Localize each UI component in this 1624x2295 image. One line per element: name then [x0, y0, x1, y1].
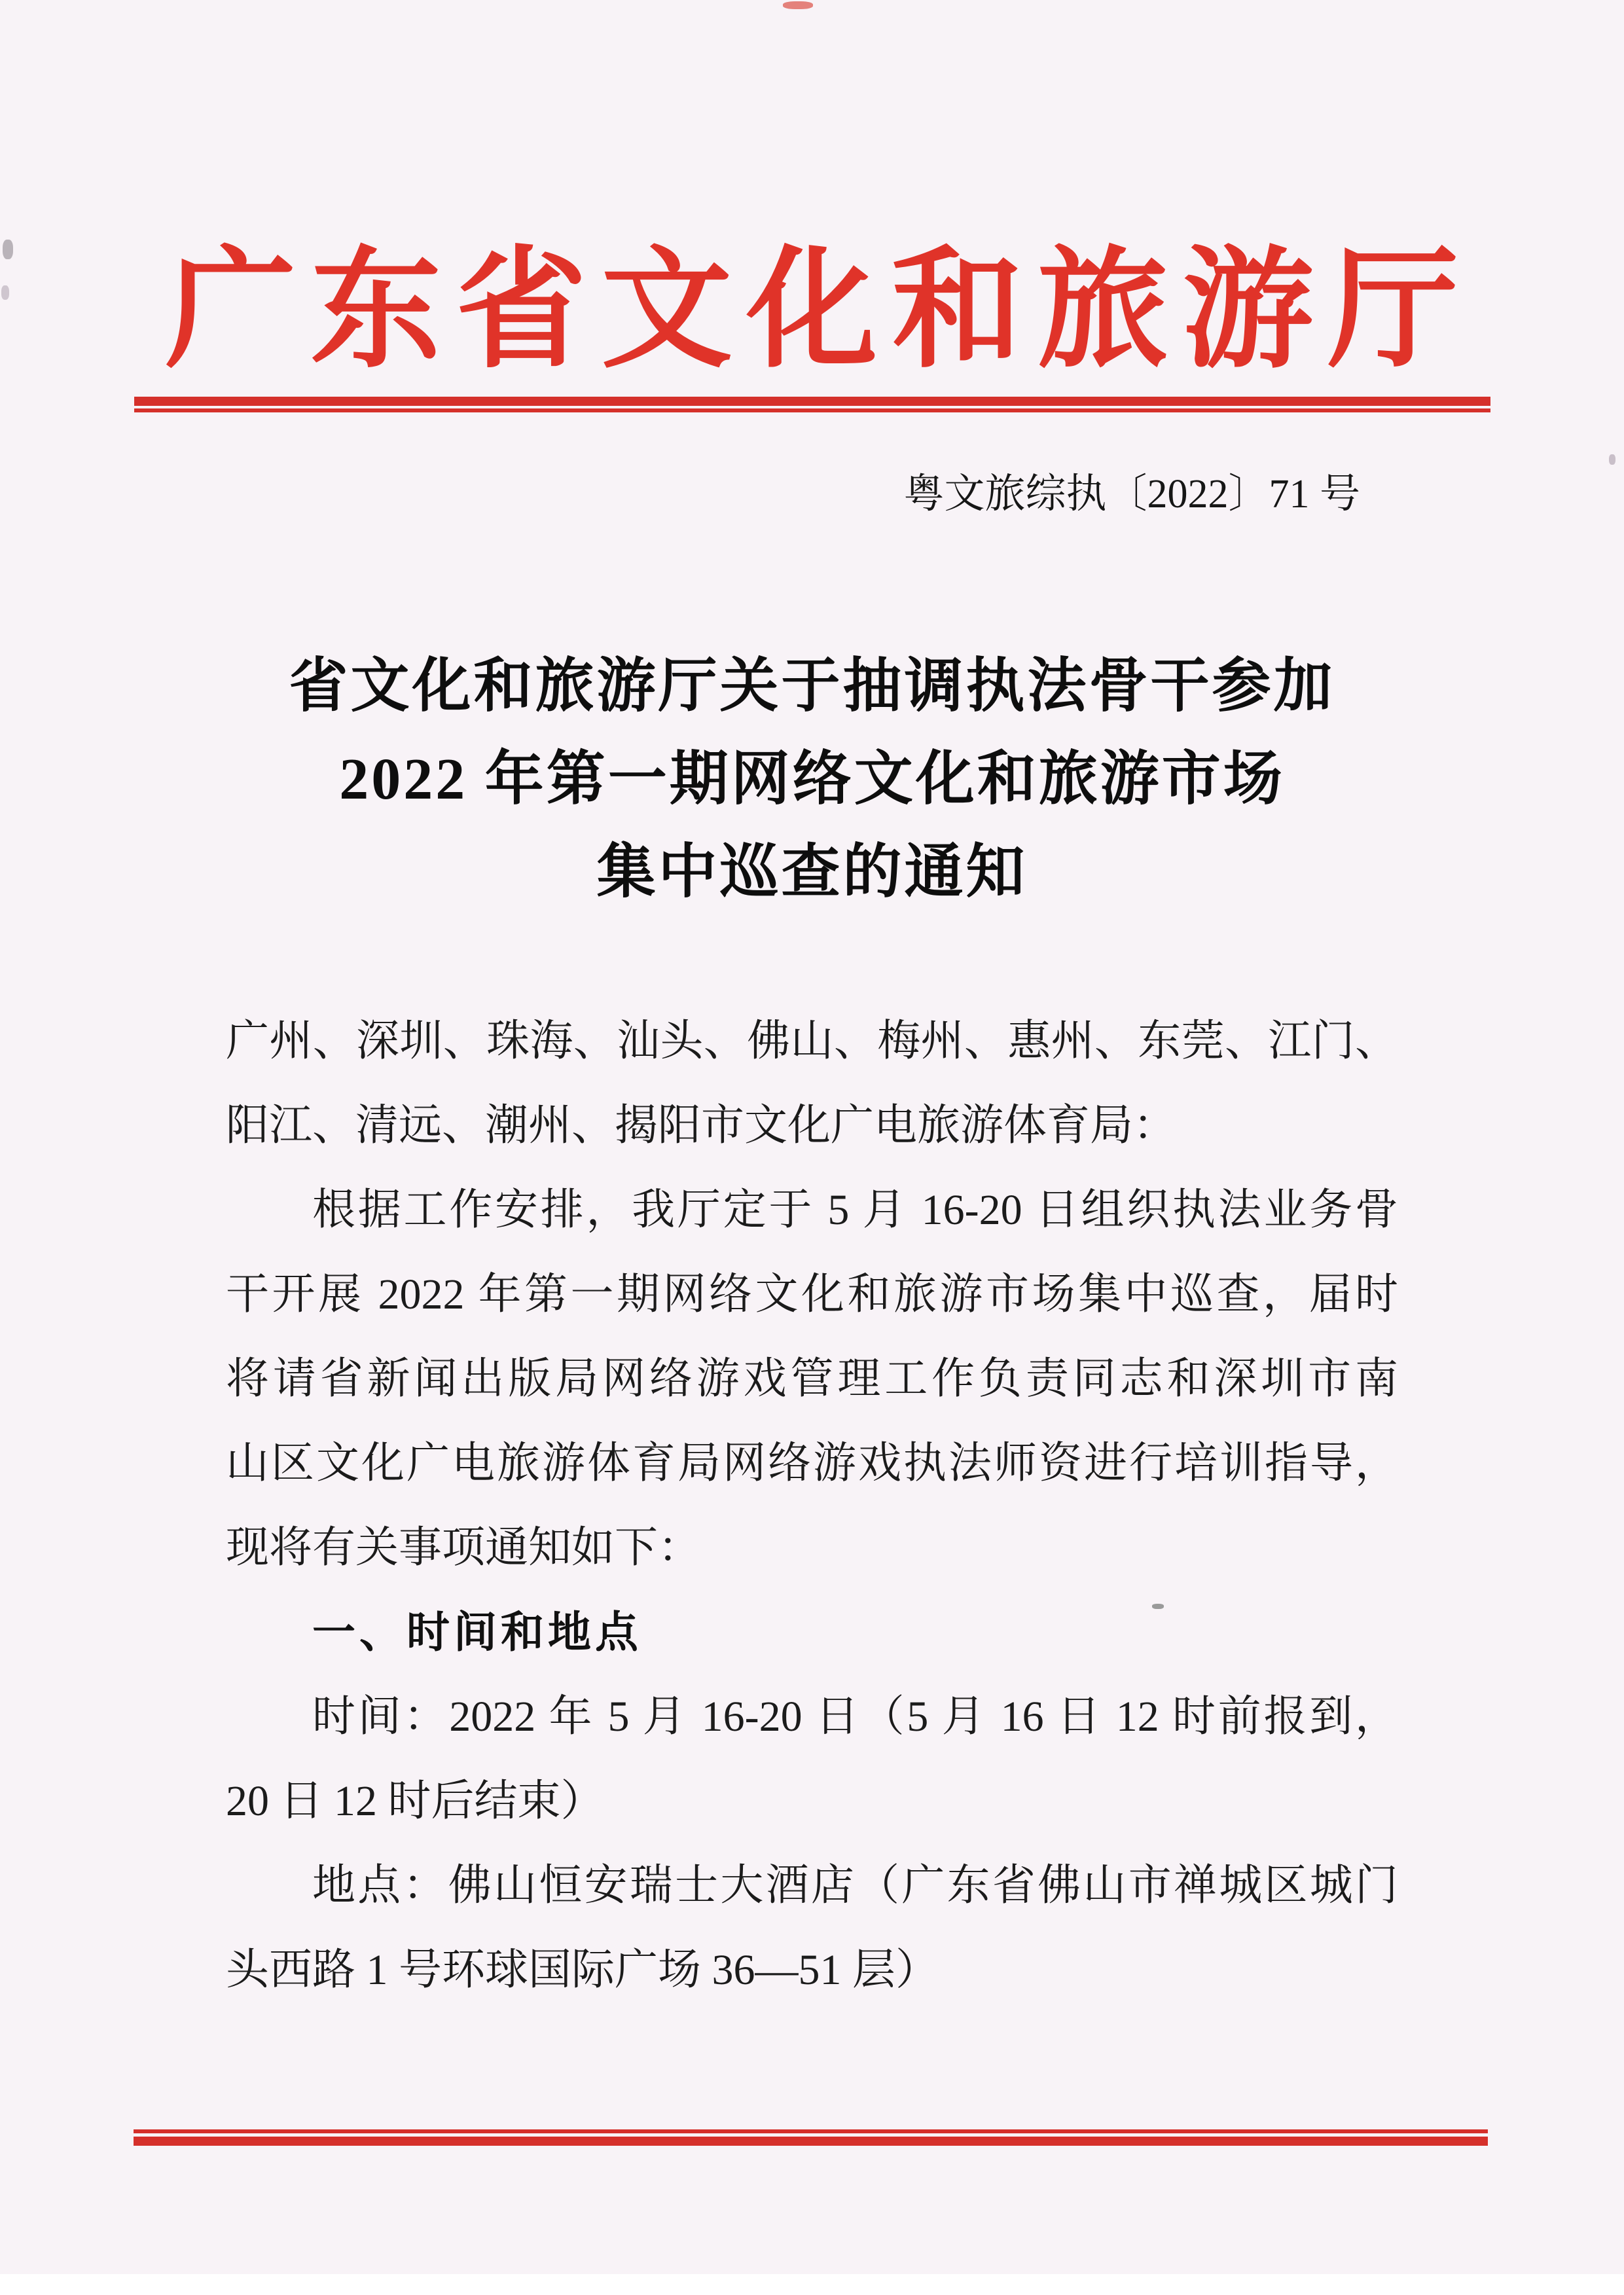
scan-artifact — [1152, 1604, 1164, 1609]
recipients-line-1: 广州、深圳、珠海、汕头、佛山、梅州、惠州、东莞、江门、 — [226, 999, 1398, 1083]
paragraph-line-2: 干开展 2022 年第一期网络文化和旅游市场集中巡查，届时 — [226, 1252, 1398, 1337]
document-number: 粤文旅综执〔2022〕71 号 — [903, 473, 1360, 516]
paragraph-line-5: 现将有关事项通知如下： — [226, 1506, 1398, 1590]
footer-rule-thick — [134, 2137, 1488, 2146]
notice-body: 广州、深圳、珠海、汕头、佛山、梅州、惠州、东莞、江门、 阳江、清远、潮州、揭阳市… — [226, 999, 1398, 2012]
scan-artifact — [1609, 454, 1615, 465]
paragraph-line-4: 山区文化广电旅游体育局网络游戏执法师资进行培训指导， — [226, 1421, 1398, 1506]
notice-title-line-1: 省文化和旅游厅关于抽调执法骨干参加 — [0, 640, 1624, 733]
paragraph-line-3: 将请省新闻出版局网络游戏管理工作负责同志和深圳市南 — [226, 1337, 1398, 1421]
time-line: 时间：2022 年 5 月 16-20 日（5 月 16 日 12 时前报到， — [226, 1674, 1398, 1759]
scan-artifact — [3, 240, 13, 259]
paragraph-line-1: 根据工作安排，我厅定于 5 月 16-20 日组织执法业务骨 — [226, 1168, 1398, 1252]
time-line-continued: 20 日 12 时后结束） — [226, 1759, 1398, 1843]
scan-artifact — [1, 285, 9, 300]
scan-artifact — [783, 1, 813, 9]
letterhead-rule-thin — [134, 408, 1490, 412]
scan-edge-white-band — [0, 2274, 1624, 2295]
location-line: 地点：佛山恒安瑞士大酒店（广东省佛山市禅城区城门 — [226, 1843, 1398, 1928]
location-line-continued: 头西路 1 号环球国际广场 36—51 层） — [226, 1928, 1398, 2012]
recipients-line-2: 阳江、清远、潮州、揭阳市文化广电旅游体育局： — [226, 1083, 1398, 1168]
footer-rule-thin — [134, 2129, 1488, 2133]
letterhead-org-name: 广东省文化和旅游厅 — [0, 241, 1624, 382]
scanned-official-notice-page: 广东省文化和旅游厅 粤文旅综执〔2022〕71 号 省文化和旅游厅关于抽调执法骨… — [0, 0, 1624, 2295]
letterhead-rule-thick — [134, 397, 1490, 406]
notice-title-line-3: 集中巡查的通知 — [0, 826, 1624, 919]
notice-title: 省文化和旅游厅关于抽调执法骨干参加 2022 年第一期网络文化和旅游市场 集中巡… — [0, 640, 1624, 919]
notice-title-line-2: 2022 年第一期网络文化和旅游市场 — [0, 733, 1624, 826]
section-heading-time-place: 一、时间和地点 — [226, 1590, 1398, 1674]
